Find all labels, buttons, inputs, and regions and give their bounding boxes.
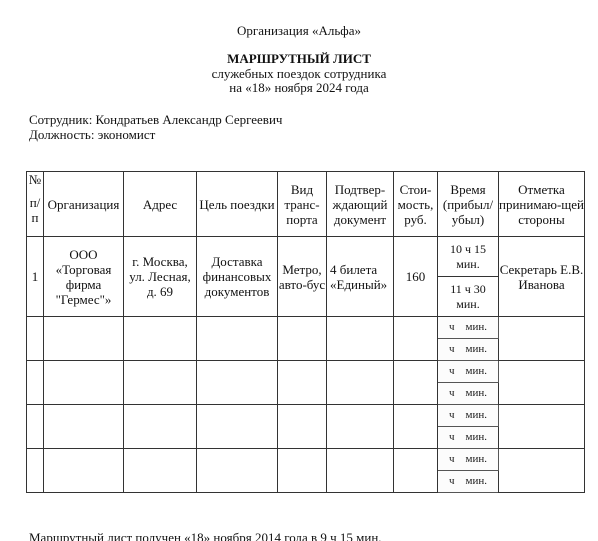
cell-empty [327,361,394,405]
header-mark: Отметка принимаю-щей стороны [499,172,585,237]
document-subtitle: служебных поездок сотрудника [0,67,598,82]
cell-cost: 160 [394,237,438,317]
employee-name: Сотрудник: Кондратьев Александр Сергееви… [29,112,282,127]
cell-empty [44,449,124,493]
cell-address: г. Москва, ул. Лесная, д. 69 [124,237,197,317]
cell-mark-empty [499,405,585,449]
cell-mark-empty [499,361,585,405]
cell-empty [394,361,438,405]
organization-name: Организация «Альфа» [0,23,598,39]
document-title: МАРШРУТНЫЙ ЛИСТ [0,52,598,67]
cell-time-arrived-empty: ч мин. [438,405,499,427]
cell-empty [27,405,44,449]
employee-position: Должность: экономист [29,127,282,142]
cell-empty [124,317,197,361]
document-title-block: МАРШРУТНЫЙ ЛИСТ служебных поездок сотруд… [0,52,598,96]
table-row: 1 ООО «Торговая фирма "Гермес"» г. Москв… [27,237,585,277]
cell-empty [124,449,197,493]
cell-time-arrived-empty: ч мин. [438,449,499,471]
cell-time-departed-empty: ч мин. [438,383,499,405]
table-row-empty: ч мин. [27,449,585,471]
cell-empty [27,361,44,405]
cell-empty [44,361,124,405]
cell-empty [327,317,394,361]
cell-number: 1 [27,237,44,317]
header-address: Адрес [124,172,197,237]
cell-empty [124,361,197,405]
cell-organization: ООО «Торговая фирма "Гермес"» [44,237,124,317]
document-date: на «18» ноября 2024 года [0,81,598,96]
cell-time-arrived-empty: ч мин. [438,361,499,383]
cell-empty [327,405,394,449]
cell-time-departed: 11 ч 30 мин. [438,277,499,317]
cell-empty [394,449,438,493]
header-organization: Организация [44,172,124,237]
cell-empty [27,449,44,493]
table-row-empty: ч мин. [27,405,585,427]
header-purpose: Цель поездки [197,172,278,237]
cell-mark: Секретарь Е.В. Иванова [499,237,585,317]
route-table: № п/ п Организация Адрес Цель поездки Ви… [26,171,585,493]
cell-document: 4 билета «Единый» [327,237,394,317]
table-row-empty: ч мин. [27,361,585,383]
cell-empty [197,361,278,405]
header-number-sign: № [27,172,43,187]
cell-empty [44,405,124,449]
cell-transport: Метро, авто-бус [278,237,327,317]
cell-empty [44,317,124,361]
cell-time-arrived-empty: ч мин. [438,317,499,339]
cell-time-departed-empty: ч мин. [438,339,499,361]
cell-empty [278,405,327,449]
header-time: Время (прибыл/ убыл) [438,172,499,237]
cell-empty [197,317,278,361]
cell-mark-empty [499,317,585,361]
cell-empty [124,405,197,449]
cell-empty [278,449,327,493]
cell-empty [278,317,327,361]
cell-empty [394,405,438,449]
cell-mark-empty [499,449,585,493]
cell-purpose: Доставка финансовых документов [197,237,278,317]
table-header-row: № п/ п Организация Адрес Цель поездки Ви… [27,172,585,237]
employee-info: Сотрудник: Кондратьев Александр Сергееви… [29,112,282,142]
table-row-empty: ч мин. [27,317,585,339]
header-number-c: п [27,210,43,225]
header-number: № п/ п [27,172,44,237]
footer-note: Маршрутный лист получен «18» ноября 2014… [29,530,382,541]
cell-empty [394,317,438,361]
cell-time-arrived: 10 ч 15 мин. [438,237,499,277]
header-cost: Стои-мость, руб. [394,172,438,237]
header-document: Подтвер-ждающий документ [327,172,394,237]
header-number-b: п/ [27,195,43,210]
cell-empty [197,405,278,449]
header-transport: Вид транс-порта [278,172,327,237]
cell-empty [327,449,394,493]
cell-time-departed-empty: ч мин. [438,471,499,493]
cell-empty [27,317,44,361]
cell-time-departed-empty: ч мин. [438,427,499,449]
cell-empty [197,449,278,493]
cell-empty [278,361,327,405]
